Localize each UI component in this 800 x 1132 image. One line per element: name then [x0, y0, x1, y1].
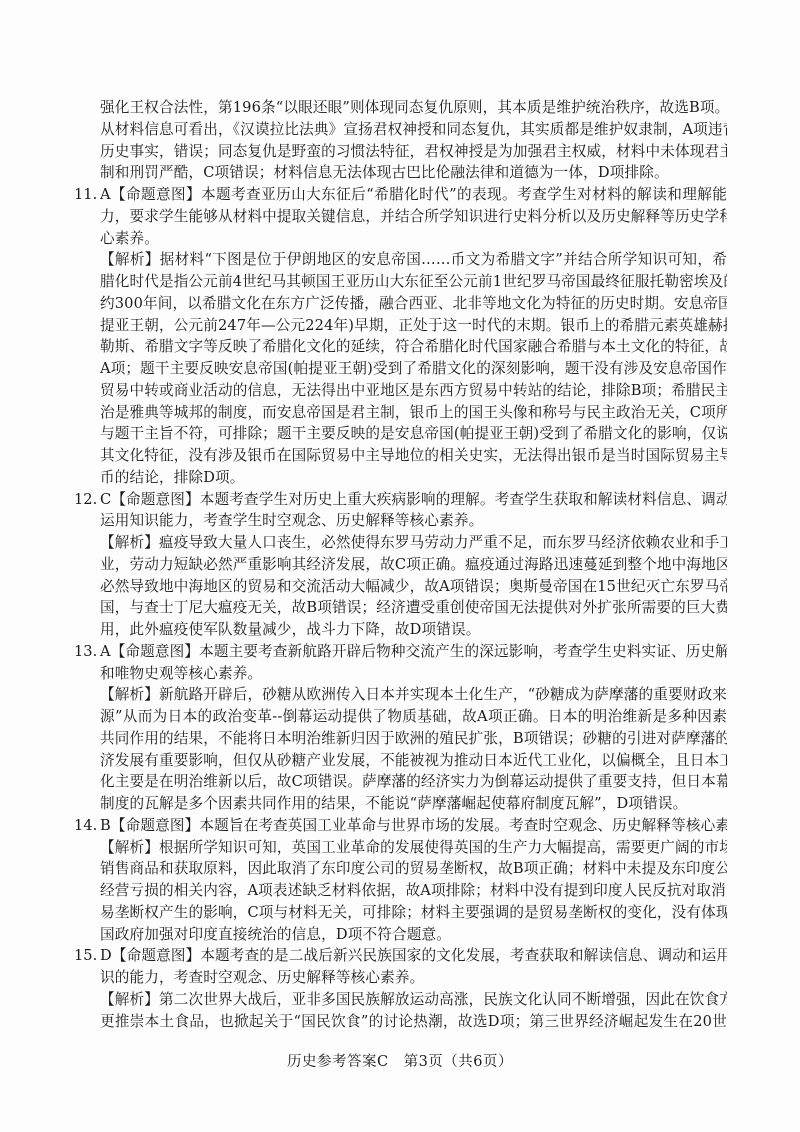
line-text: 业，劳动力短缺必然严重影响其经济发展，故C项正确。瘟疫通过海路迅速蔓延到整个地中…	[100, 554, 727, 576]
line-text: C【命题意图】本题考查学生对历史上重大疾病影响的理解。考查学生获取和解读材料信息…	[100, 489, 727, 511]
text-line: 勒斯、希腊文字等反映了希腊化文化的延续，符合希腊化时代国家融合希腊与本土文化的特…	[0, 336, 800, 358]
line-text: 强化王权合法性，第196条“以眼还眼”则体现同态复仇原则，其本质是维护统治秩序，…	[100, 97, 727, 119]
text-line: 历史事实，错误；同态复仇是野蛮的习惯法特征，君权神授是为加强君主权威，材料中未体…	[0, 141, 800, 163]
question-line: 13.A【命题意图】本题主要考查新航路开辟后物种交流产生的深远影响，考查学生史料…	[0, 641, 800, 663]
line-text: 经营亏损的相关内容，A项表述缺乏材料依据，故A项排除；材料中没有提到印度人民反抗…	[100, 880, 727, 902]
question-line: 11.A【命题意图】本题考查亚历山大东征后“希腊化时代”的表现。考查学生对材料的…	[0, 184, 800, 206]
text-line: 【解析】第二次世界大战后，亚非多国民族解放运动高涨，民族文化认同不断增强，因此在…	[0, 989, 800, 1011]
line-text: 勒斯、希腊文字等反映了希腊化文化的延续，符合希腊化时代国家融合希腊与本土文化的特…	[100, 336, 727, 358]
text-line: 必然导致地中海地区的贸易和交流活动大幅减少，故A项错误；奥斯曼帝国在15世纪灭亡…	[0, 576, 800, 598]
line-text: 必然导致地中海地区的贸易和交流活动大幅减少，故A项错误；奥斯曼帝国在15世纪灭亡…	[100, 576, 727, 598]
text-line: 和唯物史观等核心素养。	[0, 663, 800, 685]
question-number: 12.	[74, 489, 97, 511]
text-line: 国政府加强对印度直接统治的信息，D项不符合题意。	[0, 924, 800, 946]
line-text: 【解析】据材料“下图是位于伊朗地区的安息帝国……币文为希腊文字”并结合所学知识可…	[100, 249, 727, 271]
answer-explanations: 强化王权合法性，第196条“以眼还眼”则体现同态复仇原则，其本质是维护统治秩序，…	[0, 97, 800, 1032]
text-line: 源”从而为日本的政治变革--倒幕运动提供了物质基础，故A项正确。日本的明治维新是…	[0, 706, 800, 728]
text-line: 【解析】新航路开辟后，砂糖从欧洲传入日本并实现本土化生产，“砂糖成为萨摩藩的重要…	[0, 684, 800, 706]
line-text: 化主要是在明治维新以后，故C项错误。萨摩藩的经济实力为倒幕运动提供了重要支持，但…	[100, 771, 727, 793]
line-text: 心素养。	[100, 228, 727, 250]
line-text: 源”从而为日本的政治变革--倒幕运动提供了物质基础，故A项正确。日本的明治维新是…	[100, 706, 727, 728]
text-line: 贸易中转或商业活动的信息，无法得出中亚地区是东西方贸易中转站的结论，排除B项；希…	[0, 380, 800, 402]
text-line: 销售商品和获取原料，因此取消了东印度公司的贸易垄断权，故B项正确；材料中未提及东…	[0, 858, 800, 880]
question-line: 12.C【命题意图】本题考查学生对历史上重大疾病影响的理解。考查学生获取和解读材…	[0, 489, 800, 511]
page-footer: 历史参考答案C 第3页（共6页）	[0, 1050, 800, 1071]
line-text: 共同作用的结果，不能将日本明治维新归因于欧洲的殖民扩张，B项错误；砂糖的引进对萨…	[100, 728, 727, 750]
text-line: 治是雅典等城邦的制度，而安息帝国是君主制，银币上的国王头像和称号与民主政治无关，…	[0, 402, 800, 424]
text-line: 制度的瓦解是多个因素共同作用的结果，不能说“萨摩藩崛起使幕府制度瓦解”，D项错误…	[0, 793, 800, 815]
line-text: 其文化特征，没有涉及银币在国际贸易中主导地位的相关史实，无法得出银币是当时国际贸…	[100, 445, 727, 467]
line-text: 运用知识能力，考查学生时空观念、历史解释等核心素养。	[100, 510, 727, 532]
text-line: 制和刑罚严酷，C项错误；材料信息无法体现古巴比伦融法律和道德为一体，D项排除。	[0, 162, 800, 184]
line-text: 国政府加强对印度直接统治的信息，D项不符合题意。	[100, 924, 727, 946]
text-line: A项；题干主要反映安息帝国(帕提亚王朝)受到了希腊文化的深刻影响，题干没有涉及安…	[0, 358, 800, 380]
text-line: 国，与查士丁尼大瘟疫无关，故B项错误；经济遭受重创使帝国无法提供对外扩张所需要的…	[0, 597, 800, 619]
text-line: 提亚王朝，公元前247年—公元224年)早期，正处于这一时代的末期。银币上的希腊…	[0, 315, 800, 337]
line-text: 【解析】新航路开辟后，砂糖从欧洲传入日本并实现本土化生产，“砂糖成为萨摩藩的重要…	[100, 684, 727, 706]
text-line: 与题干主旨不符，可排除；题干主要反映的是安息帝国(帕提亚王朝)受到了希腊文化的影…	[0, 423, 800, 445]
line-text: 提亚王朝，公元前247年—公元224年)早期，正处于这一时代的末期。银币上的希腊…	[100, 315, 727, 337]
line-text: 约300年间，以希腊文化在东方广泛传播，融合西亚、北非等地文化为特征的历史时期。…	[100, 293, 727, 315]
line-text: 制和刑罚严酷，C项错误；材料信息无法体现古巴比伦融法律和道德为一体，D项排除。	[100, 162, 727, 184]
text-line: 力，要求学生能够从材料中提取关键信息，并结合所学知识进行史料分析以及历史解释等历…	[0, 206, 800, 228]
line-text: 【解析】第二次世界大战后，亚非多国民族解放运动高涨，民族文化认同不断增强，因此在…	[100, 989, 727, 1011]
line-text: 用，此外瘟疫使军队数量减少，战斗力下降，故D项错误。	[100, 619, 727, 641]
text-line: 【解析】据材料“下图是位于伊朗地区的安息帝国……币文为希腊文字”并结合所学知识可…	[0, 249, 800, 271]
text-line: 化主要是在明治维新以后，故C项错误。萨摩藩的经济实力为倒幕运动提供了重要支持，但…	[0, 771, 800, 793]
text-line: 运用知识能力，考查学生时空观念、历史解释等核心素养。	[0, 510, 800, 532]
line-text: 从材料信息可看出，《汉谟拉比法典》宣扬君权神授和同态复仇，其实质都是维护奴隶制，…	[100, 119, 727, 141]
line-text: 国，与查士丁尼大瘟疫无关，故B项错误；经济遭受重创使帝国无法提供对外扩张所需要的…	[100, 597, 727, 619]
text-line: 识的能力，考查时空观念、历史解释等核心素养。	[0, 967, 800, 989]
line-text: 力，要求学生能够从材料中提取关键信息，并结合所学知识进行史料分析以及历史解释等历…	[100, 206, 727, 228]
text-line: 强化王权合法性，第196条“以眼还眼”则体现同态复仇原则，其本质是维护统治秩序，…	[0, 97, 800, 119]
line-text: 【解析】瘟疫导致大量人口丧生，必然使得东罗马劳动力严重不足，而东罗马经济依赖农业…	[100, 532, 727, 554]
line-text: 识的能力，考查时空观念、历史解释等核心素养。	[100, 967, 727, 989]
line-text: B【命题意图】本题旨在考查英国工业革命与世界市场的发展。考查时空观念、历史解释等…	[100, 815, 727, 837]
line-text: 制度的瓦解是多个因素共同作用的结果，不能说“萨摩藩崛起使幕府制度瓦解”，D项错误…	[100, 793, 727, 815]
text-line: 从材料信息可看出，《汉谟拉比法典》宣扬君权神授和同态复仇，其实质都是维护奴隶制，…	[0, 119, 800, 141]
question-number: 11.	[74, 184, 97, 206]
text-line: 腊化时代是指公元前4世纪马其顿国王亚历山大东征至公元前1世纪罗马帝国最终征服托勒…	[0, 271, 800, 293]
line-text: 治是雅典等城邦的制度，而安息帝国是君主制，银币上的国王头像和称号与民主政治无关，…	[100, 402, 727, 424]
text-line: 济发展有重要影响，但仅从砂糖产业发展，不能被视为推动日本近代工业化，以偏概全，且…	[0, 750, 800, 772]
line-text: A【命题意图】本题主要考查新航路开辟后物种交流产生的深远影响，考查学生史料实证、…	[100, 641, 727, 663]
text-line: 其文化特征，没有涉及银币在国际贸易中主导地位的相关史实，无法得出银币是当时国际贸…	[0, 445, 800, 467]
line-text: 腊化时代是指公元前4世纪马其顿国王亚历山大东征至公元前1世纪罗马帝国最终征服托勒…	[100, 271, 727, 293]
text-line: 业，劳动力短缺必然严重影响其经济发展，故C项正确。瘟疫通过海路迅速蔓延到整个地中…	[0, 554, 800, 576]
line-text: 更推崇本土食品，也掀起关于“国民饮食”的讨论热潮，故选D项；第三世界经济崛起发生…	[100, 1011, 727, 1033]
question-line: 14.B【命题意图】本题旨在考查英国工业革命与世界市场的发展。考查时空观念、历史…	[0, 815, 800, 837]
line-text: 销售商品和获取原料，因此取消了东印度公司的贸易垄断权，故B项正确；材料中未提及东…	[100, 858, 727, 880]
question-number: 15.	[74, 945, 97, 967]
line-text: 【解析】根据所学知识可知，英国工业革命的发展使得英国的生产力大幅提高，需要更广阔…	[100, 837, 727, 859]
text-line: 更推崇本土食品，也掀起关于“国民饮食”的讨论热潮，故选D项；第三世界经济崛起发生…	[0, 1011, 800, 1033]
line-text: 济发展有重要影响，但仅从砂糖产业发展，不能被视为推动日本近代工业化，以偏概全，且…	[100, 750, 727, 772]
document-page: 强化王权合法性，第196条“以眼还眼”则体现同态复仇原则，其本质是维护统治秩序，…	[0, 0, 800, 1132]
text-line: 【解析】根据所学知识可知，英国工业革命的发展使得英国的生产力大幅提高，需要更广阔…	[0, 837, 800, 859]
line-text: A项；题干主要反映安息帝国(帕提亚王朝)受到了希腊文化的深刻影响，题干没有涉及安…	[100, 358, 727, 380]
text-line: 共同作用的结果，不能将日本明治维新归因于欧洲的殖民扩张，B项错误；砂糖的引进对萨…	[0, 728, 800, 750]
line-text: 易垄断权产生的影响，C项与材料无关，可排除；材料主要强调的是贸易垄断权的变化，没…	[100, 902, 727, 924]
text-line: 币的结论，排除D项。	[0, 467, 800, 489]
question-number: 14.	[74, 815, 97, 837]
text-line: 【解析】瘟疫导致大量人口丧生，必然使得东罗马劳动力严重不足，而东罗马经济依赖农业…	[0, 532, 800, 554]
line-text: 币的结论，排除D项。	[100, 467, 727, 489]
text-line: 心素养。	[0, 228, 800, 250]
line-text: 历史事实，错误；同态复仇是野蛮的习惯法特征，君权神授是为加强君主权威，材料中未体…	[100, 141, 727, 163]
line-text: 贸易中转或商业活动的信息，无法得出中亚地区是东西方贸易中转站的结论，排除B项；希…	[100, 380, 727, 402]
text-line: 易垄断权产生的影响，C项与材料无关，可排除；材料主要强调的是贸易垄断权的变化，没…	[0, 902, 800, 924]
line-text: 与题干主旨不符，可排除；题干主要反映的是安息帝国(帕提亚王朝)受到了希腊文化的影…	[100, 423, 727, 445]
line-text: 和唯物史观等核心素养。	[100, 663, 727, 685]
line-text: D【命题意图】本题考查的是二战后新兴民族国家的文化发展，考查获取和解读信息、调动…	[100, 945, 727, 967]
text-line: 约300年间，以希腊文化在东方广泛传播，融合西亚、北非等地文化为特征的历史时期。…	[0, 293, 800, 315]
question-line: 15.D【命题意图】本题考查的是二战后新兴民族国家的文化发展，考查获取和解读信息…	[0, 945, 800, 967]
text-line: 经营亏损的相关内容，A项表述缺乏材料依据，故A项排除；材料中没有提到印度人民反抗…	[0, 880, 800, 902]
question-number: 13.	[74, 641, 97, 663]
text-line: 用，此外瘟疫使军队数量减少，战斗力下降，故D项错误。	[0, 619, 800, 641]
line-text: A【命题意图】本题考查亚历山大东征后“希腊化时代”的表现。考查学生对材料的解读和…	[100, 184, 727, 206]
